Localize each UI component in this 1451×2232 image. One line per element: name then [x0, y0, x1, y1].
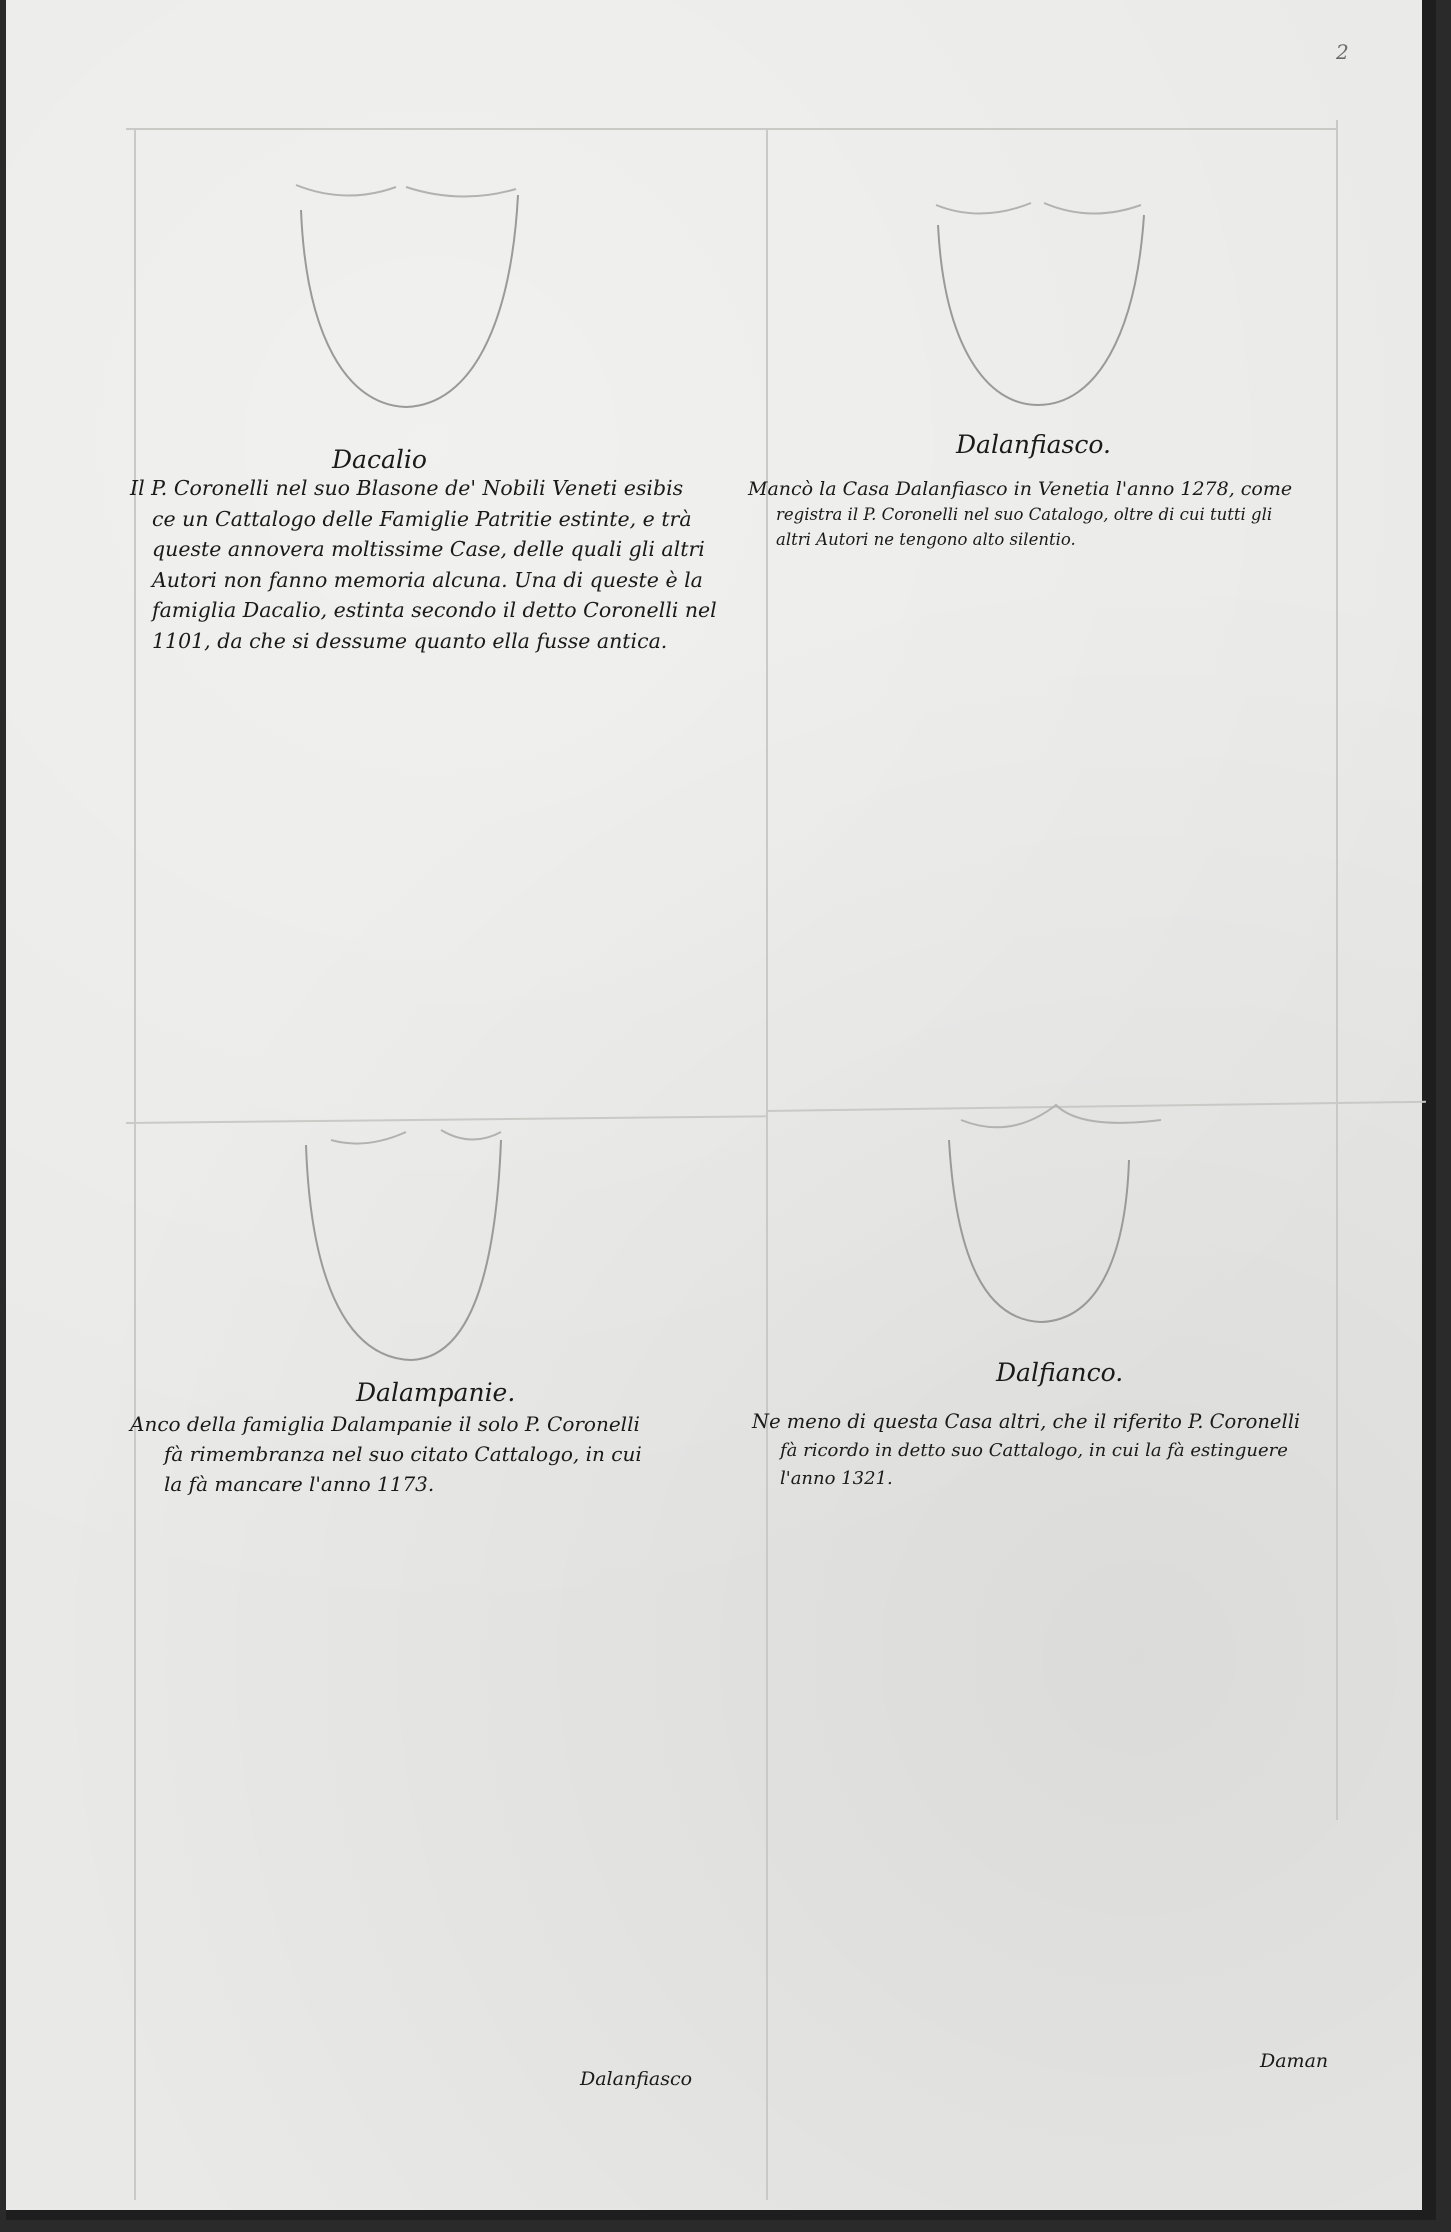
text-line: registra il P. Coronelli nel suo Catalog… [776, 507, 1292, 524]
right-margin-rule [1336, 120, 1338, 1820]
left-margin-rule [134, 130, 136, 2200]
text-line: Mancò la Casa Dalanfiasco in Venetia l'a… [748, 480, 1292, 499]
entry-text: Il P. Coronelli nel suo Blasone de' Nobi… [130, 478, 717, 651]
blank-shield-icon [941, 1100, 1201, 1340]
entry-text: Anco della famiglia Dalampanie il solo P… [130, 1414, 642, 1494]
entry-title: Dacalio [332, 445, 427, 474]
text-line: fà ricordo in detto suo Cattalogo, in cu… [780, 1442, 1300, 1460]
text-line: Il P. Coronelli nel suo Blasone de' Nobi… [130, 478, 717, 499]
text-line: famiglia Dacalio, estinta secondo il det… [152, 600, 717, 621]
text-line: ce un Cattalogo delle Famiglie Patritie … [152, 509, 717, 530]
folio-number: 2 [1336, 40, 1349, 64]
blank-shield-icon [296, 1120, 556, 1380]
entry-title: Dalfianco. [996, 1358, 1123, 1387]
top-rule [126, 128, 1336, 130]
text-line: 1101, da che si dessume quanto ella fuss… [152, 631, 717, 652]
entry-text: Mancò la Casa Dalanfiasco in Venetia l'a… [748, 480, 1292, 548]
center-column-rule [766, 130, 768, 2200]
text-line: l'anno 1321. [780, 1470, 1300, 1488]
text-line: altri Autori ne tengono alto silentio. [776, 532, 1292, 549]
entry-title: Dalanfiasco. [956, 430, 1111, 459]
text-line: fà rimembranza nel suo citato Cattalogo,… [164, 1444, 642, 1464]
catchword-left: Dalanfiasco [580, 2068, 692, 2090]
text-line: la fà mancare l'anno 1173. [164, 1474, 642, 1494]
manuscript-page: 2 Dacalio Il P. Coronelli nel suo Blason… [6, 0, 1436, 2220]
entry-title: Dalampanie. [356, 1378, 515, 1407]
text-line: Ne meno di questa Casa altri, che il rif… [752, 1412, 1300, 1432]
blank-shield-icon [926, 175, 1186, 425]
text-line: Autori non fanno memoria alcuna. Una di … [152, 570, 717, 591]
blank-shield-icon [286, 175, 546, 425]
catchword-right: Daman [1260, 2050, 1328, 2072]
text-line: Anco della famiglia Dalampanie il solo P… [130, 1414, 642, 1434]
entry-text: Ne meno di questa Casa altri, che il rif… [752, 1412, 1300, 1488]
text-line: queste annovera moltissime Case, delle q… [152, 539, 717, 560]
